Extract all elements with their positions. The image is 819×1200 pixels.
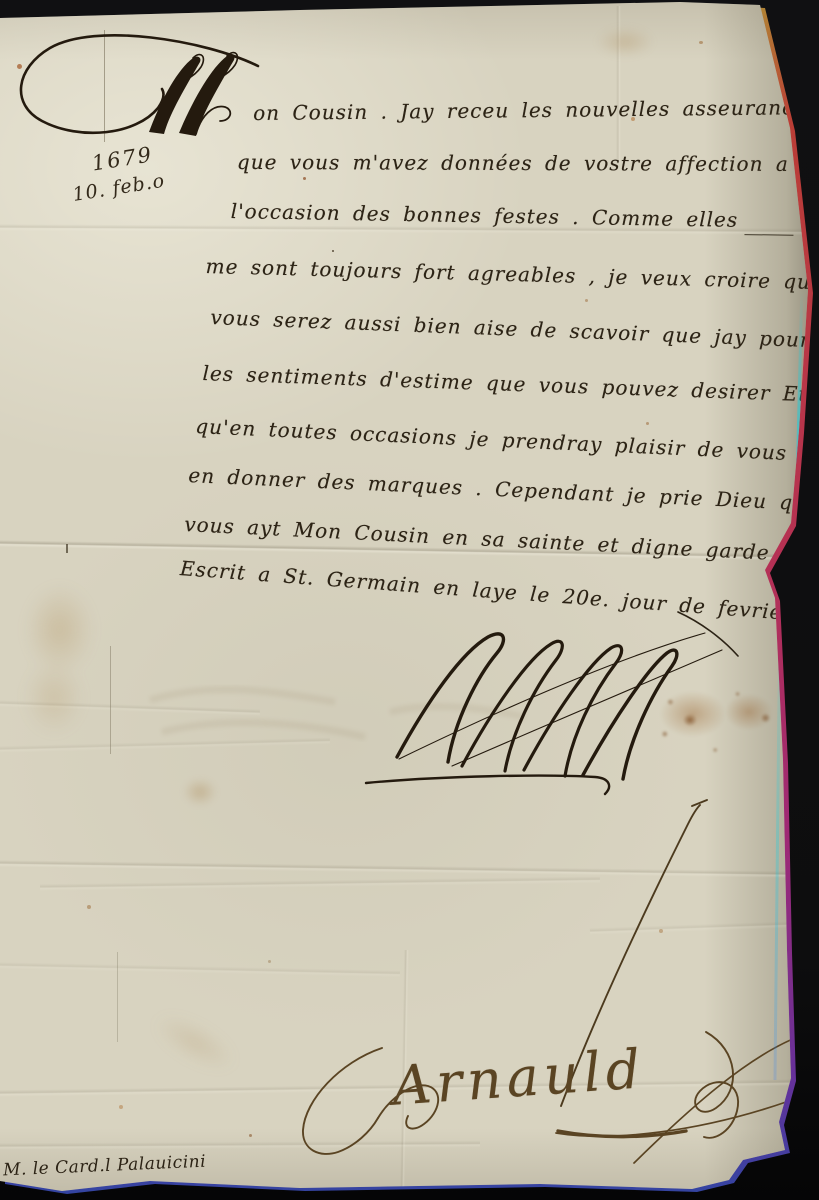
line-text: en donner des marques . Cependant je pri…	[188, 463, 819, 516]
letter-line-4: me sont toujours fort agreables , je veu…	[205, 254, 796, 301]
fold-crease-vertical	[616, 6, 621, 164]
line-text: les sentiments d'estime que vous pouvez …	[202, 361, 808, 406]
speck	[268, 960, 271, 963]
fold-crease	[0, 860, 819, 878]
royal-signature	[366, 633, 722, 794]
letter-line-1: on Cousin . Jay receu les nouvelles asse…	[253, 95, 796, 133]
line-filler-dash	[745, 234, 794, 236]
pin-scratch	[117, 952, 118, 1042]
speck	[699, 41, 703, 44]
signature-underline	[366, 776, 609, 794]
pin-scratch	[104, 30, 105, 142]
line-text: qu'en toutes occasions je prendray plais…	[195, 414, 788, 465]
speck	[332, 250, 334, 252]
ink-blot-stain	[648, 672, 788, 772]
docket-date: 1679 10. feb.o	[66, 139, 167, 209]
speck	[17, 64, 22, 69]
recipient-docket: M. le Card.l Palauicini	[3, 1152, 207, 1181]
docket-day: 10. feb.o	[71, 168, 167, 209]
scanner-bed: 1679 10. feb.o on Cousin . Jay receu les…	[0, 0, 819, 1200]
letter-line-6: les sentiments d'estime que vous pouvez …	[202, 361, 796, 414]
round-stain	[172, 768, 228, 816]
speck	[585, 299, 588, 302]
fold-crease	[0, 962, 400, 977]
speck	[646, 422, 649, 425]
letter-paper: 1679 10. feb.o on Cousin . Jay receu les…	[0, 0, 819, 1200]
pin-scratch	[110, 646, 111, 754]
speck	[249, 1134, 252, 1137]
corner-stain	[580, 18, 670, 66]
diagonal-stain	[106, 964, 283, 1121]
fold-crease	[0, 1140, 480, 1150]
ink-tick	[66, 544, 68, 553]
secretary-signature: Arnauld	[390, 1037, 647, 1118]
fold-crease	[40, 876, 600, 891]
letter-line-3: l'occasion des bonnes festes . Comme ell…	[230, 199, 795, 241]
line-text: vous ayt Mon Cousin en sa sainte et dign…	[184, 512, 790, 566]
damp-stain	[10, 570, 120, 740]
line-text: vous serez aussi bien aise de scavoir qu…	[210, 305, 819, 354]
line-text: me sont toujours fort agreables , je veu…	[205, 254, 819, 294]
fold-crease	[0, 737, 330, 753]
letter-line-8: en donner des marques . Cependant je pri…	[188, 463, 796, 523]
letter-line-5: vous serez aussi bien aise de scavoir qu…	[210, 305, 796, 359]
speck	[119, 1105, 123, 1109]
fold-crease	[590, 920, 819, 935]
letter-line-7: qu'en toutes occasions je prendray plais…	[195, 414, 796, 473]
letter-line-2: que vous m'avez données de vostre affect…	[237, 150, 796, 184]
fold-crease	[0, 700, 260, 716]
speck	[87, 905, 91, 909]
line-text: l'occasion des bonnes festes . Comme ell…	[231, 199, 739, 232]
line-text: que vous m'avez données de vostre affect…	[237, 150, 789, 176]
line-text: on Cousin . Jay receu les nouvelles asse…	[253, 95, 818, 125]
monogram-m-flourish	[21, 35, 258, 136]
